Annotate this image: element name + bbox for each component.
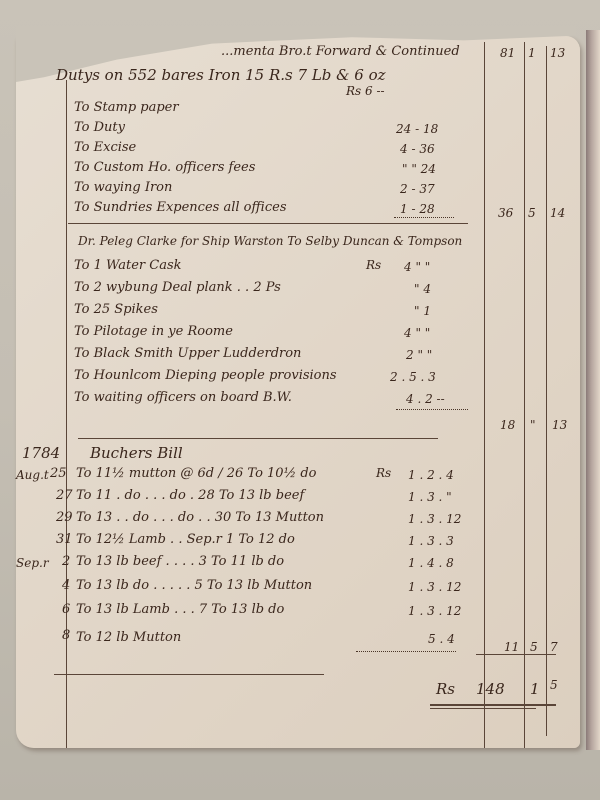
- duty-item-amount: " " 24: [402, 162, 436, 176]
- butcher-month: Sep.r: [16, 556, 49, 570]
- peleg-item-label: To 2 wybung Deal plank . . 2 Ps: [74, 280, 281, 295]
- butcher-entry: To 13 . . do . . . do . . 30 To 13 Mutto…: [76, 510, 324, 525]
- pence-column-rule: [546, 46, 547, 736]
- subtotal-flourish: [356, 648, 456, 652]
- duty-total-pence: 14: [550, 206, 565, 220]
- peleg-item-amount: 2 " ": [406, 348, 432, 362]
- butcher-total-shillings: 5: [530, 640, 538, 654]
- grand-total-underline: [430, 704, 556, 706]
- peleg-item-label: To waiting officers on board B.W.: [74, 390, 292, 405]
- peleg-total-pence: 13: [552, 418, 567, 432]
- shillings-column-rule: [524, 42, 525, 748]
- butcher-amount: 1 . 3 . 12: [408, 604, 461, 618]
- grand-total-pence: 5: [550, 678, 558, 692]
- butcher-month: Aug.t: [16, 468, 49, 482]
- butcher-amount: 1 . 3 . 12: [408, 512, 461, 526]
- butcher-total-pence: 7: [550, 640, 558, 654]
- butcher-entry: To 13 lb Lamb . . . 7 To 13 lb do: [76, 602, 284, 617]
- butcher-entry: To 13 lb do . . . . . 5 To 13 lb Mutton: [76, 578, 312, 593]
- butcher-title: Buchers Bill: [90, 444, 183, 462]
- butcher-amount: 1 . 3 . 12: [408, 580, 461, 594]
- peleg-item-label: To 25 Spikes: [74, 302, 158, 317]
- grand-total-shillings: 1: [530, 680, 540, 698]
- adjacent-page-edge: [586, 30, 600, 750]
- duty-item-label: To Custom Ho. officers fees: [74, 160, 255, 175]
- pounds-column-rule: [484, 42, 485, 748]
- peleg-item-label: To 1 Water Cask: [74, 258, 182, 273]
- butcher-amount: 1 . 3 . 3: [408, 534, 454, 548]
- butcher-entry: To 12½ Lamb . . Sep.r 1 To 12 do: [76, 532, 295, 547]
- butcher-day: 8: [62, 628, 70, 643]
- peleg-item-label: To Pilotage in ye Roome: [74, 324, 233, 339]
- butcher-day: 2: [62, 554, 70, 569]
- grand-total-mark: Rs: [436, 680, 455, 698]
- carried-forward-pence: 13: [550, 46, 565, 60]
- peleg-item-amount: 2 . 5 . 3: [390, 370, 436, 384]
- ledger-page: ...menta Bro.t Forward & Continued 81 1 …: [16, 36, 580, 748]
- carried-forward-label: ...menta Bro.t Forward & Continued: [221, 44, 460, 59]
- butcher-day: 4: [62, 578, 70, 593]
- duty-item-label: To Excise: [74, 140, 136, 155]
- duty-total-pounds: 36: [498, 206, 513, 220]
- peleg-item-amount: 4 . 2 --: [406, 392, 445, 406]
- peleg-item-label: To Black Smith Upper Ludderdron: [74, 346, 301, 361]
- duty-item-amount: 24 - 18: [396, 122, 438, 136]
- section-divider: [78, 438, 438, 439]
- carried-forward-pounds: 81: [500, 46, 515, 60]
- section-divider: [68, 223, 468, 224]
- butcher-day: 27: [56, 488, 73, 503]
- butcher-entry: To 12 lb Mutton: [76, 630, 181, 645]
- butcher-total-pounds: 11: [504, 640, 519, 654]
- duty-item-label: To Duty: [74, 120, 125, 135]
- butcher-entry: To 11 . do . . . do . 28 To 13 lb beef: [76, 488, 304, 503]
- duty-currency-mark: Rs 6 --: [346, 84, 385, 98]
- peleg-item-label: To Hounlcom Dieping people provisions: [74, 368, 337, 383]
- peleg-item-amount: " 1: [414, 304, 431, 318]
- butcher-entry: To 13 lb beef . . . . 3 To 11 lb do: [76, 554, 284, 569]
- peleg-item-amount: 4 " ": [404, 326, 430, 340]
- total-rule-top: [476, 654, 556, 655]
- peleg-total-pounds: 18: [500, 418, 515, 432]
- butcher-day: 31: [56, 532, 73, 547]
- duty-item-amount: 2 - 37: [400, 182, 435, 196]
- butcher-day: 6: [62, 602, 70, 617]
- duty-total-shillings: 5: [528, 206, 536, 220]
- butcher-amount: 1 . 3 . ": [408, 490, 452, 504]
- duty-item-label: To Sundries Expences all offices: [74, 200, 287, 215]
- peleg-item-mark: Rs: [366, 258, 381, 272]
- butcher-amount: 1 . 4 . 8: [408, 556, 454, 570]
- duty-item-label: To waying Iron: [74, 180, 172, 195]
- butcher-mark: Rs: [376, 466, 391, 480]
- butcher-day: 25: [50, 466, 67, 481]
- butcher-day: 29: [56, 510, 73, 525]
- butcher-amount: 5 . 4: [428, 632, 455, 646]
- duty-section-title: Dutys on 552 bares Iron 15 R.s 7 Lb & 6 …: [56, 66, 386, 84]
- butcher-entry: To 11½ mutton @ 6d / 26 To 10½ do: [76, 466, 316, 481]
- butcher-amount: 1 . 2 . 4: [408, 468, 454, 482]
- section-divider: [54, 674, 324, 675]
- peleg-item-amount: 4 " ": [404, 260, 430, 274]
- duty-item-label: To Stamp paper: [74, 100, 179, 115]
- subtotal-flourish: [394, 214, 454, 218]
- grand-total-pounds: 148: [476, 680, 505, 698]
- peleg-total-shillings: ": [530, 418, 536, 432]
- butcher-year: 1784: [22, 444, 60, 462]
- subtotal-flourish: [396, 406, 468, 410]
- carried-forward-shillings: 1: [528, 46, 536, 60]
- peleg-item-amount: " 4: [414, 282, 431, 296]
- peleg-section-title: Dr. Peleg Clarke for Ship Warston To Sel…: [78, 234, 462, 248]
- left-margin-rule: [66, 80, 67, 748]
- duty-item-amount: 4 - 36: [400, 142, 435, 156]
- grand-total-underline-2: [430, 708, 536, 709]
